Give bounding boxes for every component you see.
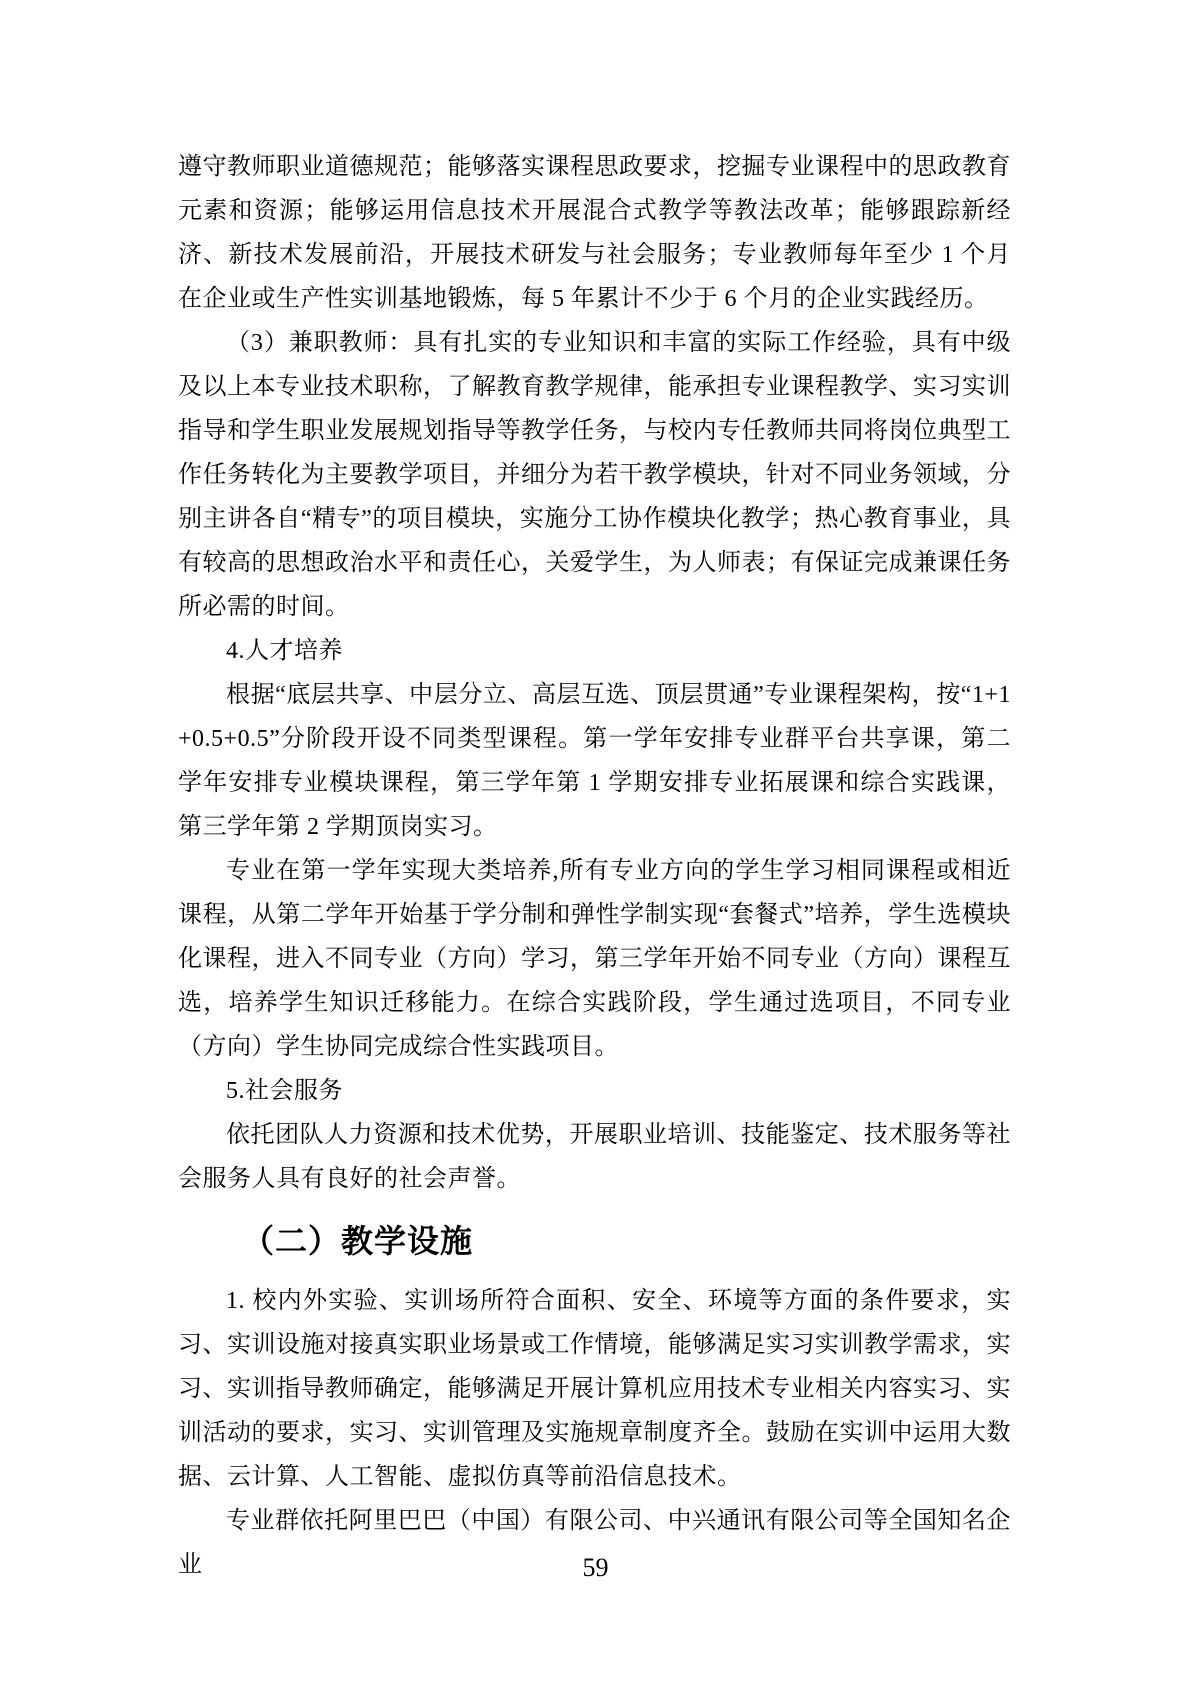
document-page: 遵守教师职业道德规范；能够落实课程思政要求，挖掘专业课程中的思政教育元素和资源；… — [0, 0, 1191, 1684]
page-number: 59 — [583, 1553, 609, 1582]
document-body: 遵守教师职业道德规范；能够落实课程思政要求，挖掘专业课程中的思政教育元素和资源；… — [178, 145, 1011, 1587]
numbered-subheading-social-service: 5.社会服务 — [178, 1069, 1011, 1113]
body-paragraph: 专业在第一学年实现大类培养,所有专业方向的学生学习相同课程或相近课程，从第二学年… — [178, 849, 1011, 1069]
body-paragraph: 依托团队人力资源和技术优势，开展职业培训、技能鉴定、技术服务等社会服务人具有良好… — [178, 1113, 1011, 1201]
body-paragraph: 遵守教师职业道德规范；能够落实课程思政要求，挖掘专业课程中的思政教育元素和资源；… — [178, 145, 1011, 321]
page-footer: 59 — [0, 1552, 1191, 1584]
numbered-subheading-talent-cultivation: 4.人才培养 — [178, 629, 1011, 673]
body-paragraph: 1. 校内外实验、实训场所符合面积、安全、环境等方面的条件要求，实习、实训设施对… — [178, 1279, 1011, 1499]
body-paragraph: （3）兼职教师：具有扎实的专业知识和丰富的实际工作经验，具有中级及以上本专业技术… — [178, 321, 1011, 629]
body-paragraph: 根据“底层共享、中层分立、高层互选、顶层贯通”专业课程架构，按“1+1+0.5+… — [178, 673, 1011, 849]
section-heading-teaching-facilities: （二）教学设施 — [178, 1217, 1011, 1265]
